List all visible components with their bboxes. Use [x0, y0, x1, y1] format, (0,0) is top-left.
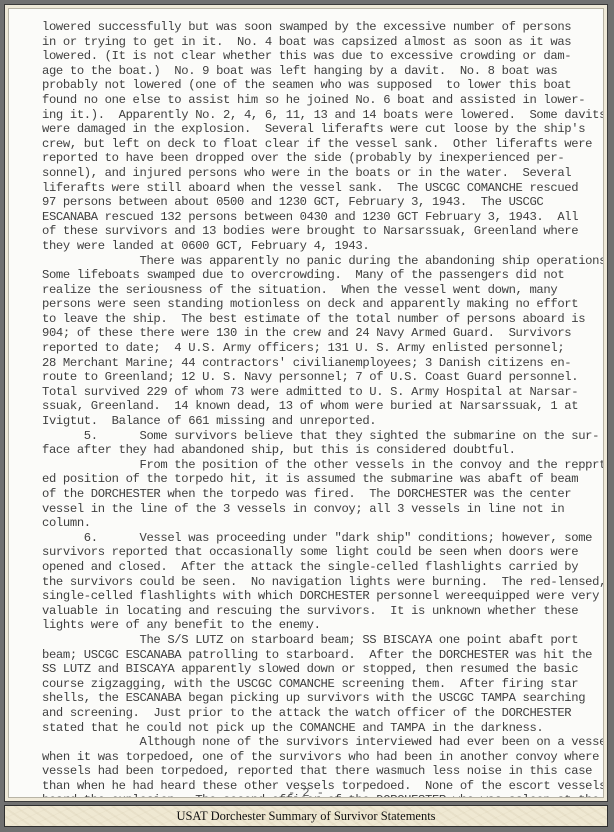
text-line: persons were seen standing motionless on…	[42, 297, 602, 312]
text-line: Ivigtut. Balance of 661 missing and unre…	[42, 414, 602, 429]
text-line: shells, the ESCANABA began picking up su…	[42, 691, 602, 706]
text-line: of the DORCHESTER when the torpedo was f…	[42, 487, 602, 502]
text-line: sonnel), and injured persons who were in…	[42, 166, 602, 181]
text-line: probably not lowered (one of the seamen …	[42, 78, 602, 93]
text-line: Total survived 229 of whom 73 were admit…	[42, 385, 602, 400]
text-line: ESCANABA rescued 132 persons between 043…	[42, 210, 602, 225]
viewer-background: lowered successfully but was soon swampe…	[0, 0, 614, 832]
text-line: ssuak, Greenland. 14 known dead, 13 of w…	[42, 399, 602, 414]
caption-bar: USAT Dorchester Summary of Survivor Stat…	[4, 805, 608, 827]
text-line: age to the boat.) No. 9 boat was left ha…	[42, 64, 602, 79]
text-line: and screening. Just prior to the attack …	[42, 706, 602, 721]
text-line: 6. Vessel was proceeding under "dark shi…	[42, 531, 602, 546]
text-line: 904; of these there were 130 in the crew…	[42, 326, 602, 341]
text-line: liferafts were still aboard when the ves…	[42, 181, 602, 196]
text-line: There was apparently no panic during the…	[42, 254, 602, 269]
text-line: valuable in locating and rescuing the su…	[42, 604, 602, 619]
text-line: reported to have been dropped over the s…	[42, 151, 602, 166]
text-line: of these survivors and 13 bodies were br…	[42, 224, 602, 239]
text-line: lowered successfully but was soon swampe…	[42, 20, 602, 35]
document-page: lowered successfully but was soon swampe…	[8, 8, 604, 798]
text-line: when it was torpedoed, one of the surviv…	[42, 750, 602, 765]
text-line: the survivors could be seen. No navigati…	[42, 575, 602, 590]
text-line: Some lifeboats swamped due to overcrowdi…	[42, 268, 602, 283]
text-line: to leave the ship. The best estimate of …	[42, 312, 602, 327]
text-line: opened and closed. After the attack the …	[42, 560, 602, 575]
text-line: 5. Some survivors believe that they sigh…	[42, 429, 602, 444]
text-line: single-celled flashlights with which DOR…	[42, 589, 602, 604]
text-line: lowered. (It is not clear whether this w…	[42, 49, 602, 64]
text-line: vessels had been torpedoed, reported tha…	[42, 764, 602, 779]
text-line: ed position of the torpedo hit, it is as…	[42, 472, 602, 487]
text-line: 97 persons between about 0500 and 1230 G…	[42, 195, 602, 210]
text-line: were damaged in the explosion. Several l…	[42, 122, 602, 137]
text-line: Although none of the survivors interview…	[42, 735, 602, 750]
text-line: SS LUTZ and BISCAYA apparently slowed do…	[42, 662, 602, 677]
page-number: - 2 -	[9, 786, 603, 798]
text-line: vessel in the line of the 3 vessels in c…	[42, 502, 602, 517]
text-line: 28 Merchant Marine; 44 contractors' civi…	[42, 356, 602, 371]
text-line: in or trying to get in it. No. 4 boat wa…	[42, 35, 602, 50]
text-line: lights were of any benefit to the enemy.	[42, 618, 602, 633]
text-line: column.	[42, 516, 602, 531]
text-line: ing it.). Apparently No. 2, 4, 6, 11, 13…	[42, 108, 602, 123]
text-line: crew, but left on deck to float clear if…	[42, 137, 602, 152]
text-line: reported to date; 4 U.S. Army officers; …	[42, 341, 602, 356]
typewritten-text: lowered successfully but was soon swampe…	[42, 20, 602, 798]
text-line: The S/S LUTZ on starboard beam; SS BISCA…	[42, 633, 602, 648]
text-line: From the position of the other vessels i…	[42, 458, 602, 473]
document-frame: lowered successfully but was soon swampe…	[4, 4, 608, 802]
text-line: survivors reported that occasionally som…	[42, 545, 602, 560]
text-line: face after they had abandoned ship, but …	[42, 443, 602, 458]
text-line: they were landed at 0600 GCT, February 4…	[42, 239, 602, 254]
text-line: found no one else to assist him so he jo…	[42, 93, 602, 108]
text-line: beam; USCGC ESCANABA patrolling to starb…	[42, 648, 602, 663]
text-line: realize the seriousness of the situation…	[42, 283, 602, 298]
text-line: route to Greenland; 12 U. S. Navy person…	[42, 370, 602, 385]
text-line: stated that he could not pick up the COM…	[42, 721, 602, 736]
text-line: course zigzagging, with the USCGC COMANC…	[42, 677, 602, 692]
document-caption: USAT Dorchester Summary of Survivor Stat…	[176, 809, 435, 824]
